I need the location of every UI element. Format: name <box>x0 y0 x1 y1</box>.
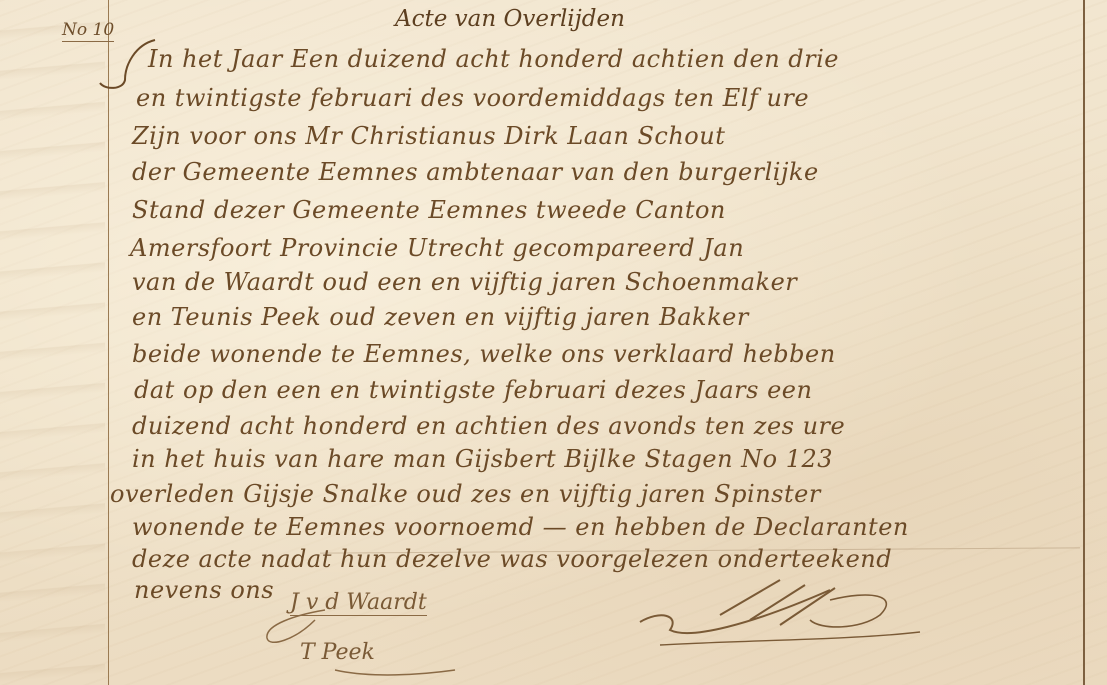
left-margin-rule <box>108 0 109 685</box>
right-page-edge <box>1083 0 1085 685</box>
bleed-through-margin <box>0 0 105 685</box>
text-line-14: wonende te Eemnes voornoemd — en hebben … <box>132 513 909 541</box>
text-line-15: deze acte nadat hun dezelve was voorgele… <box>132 545 892 573</box>
text-line-13: overleden Gijsje Snalke oud zes en vijft… <box>110 480 821 508</box>
text-line-2: en twintigste februari des voordemiddags… <box>136 84 809 112</box>
document-title: Acte van Overlijden <box>395 6 625 32</box>
text-line-10: dat op den een en twintigste februari de… <box>134 376 812 404</box>
text-line-8: en Teunis Peek oud zeven en vijftig jare… <box>132 303 749 331</box>
text-line-7: van de Waardt oud een en vijftig jaren S… <box>132 268 797 296</box>
signature-underline-2 <box>330 650 460 680</box>
signature-official <box>630 570 930 660</box>
text-line-6: Amersfoort Provincie Utrecht gecompareer… <box>130 234 744 262</box>
text-line-12: in het huis van hare man Gijsbert Bijlke… <box>132 445 833 473</box>
text-line-11: duizend acht honderd en achtien des avon… <box>132 412 845 440</box>
text-line-3: Zijn voor ons Mr Christianus Dirk Laan S… <box>132 122 725 150</box>
text-line-16: nevens ons <box>134 576 274 604</box>
text-line-1: In het Jaar Een duizend acht honderd ach… <box>148 45 839 73</box>
text-line-4: der Gemeente Eemnes ambtenaar van den bu… <box>132 158 819 186</box>
document-title-text: Acte van Overlijden <box>395 6 625 32</box>
text-line-5: Stand dezer Gemeente Eemnes tweede Canto… <box>132 196 726 224</box>
text-line-9: beide wonende te Eemnes, welke ons verkl… <box>132 340 836 368</box>
